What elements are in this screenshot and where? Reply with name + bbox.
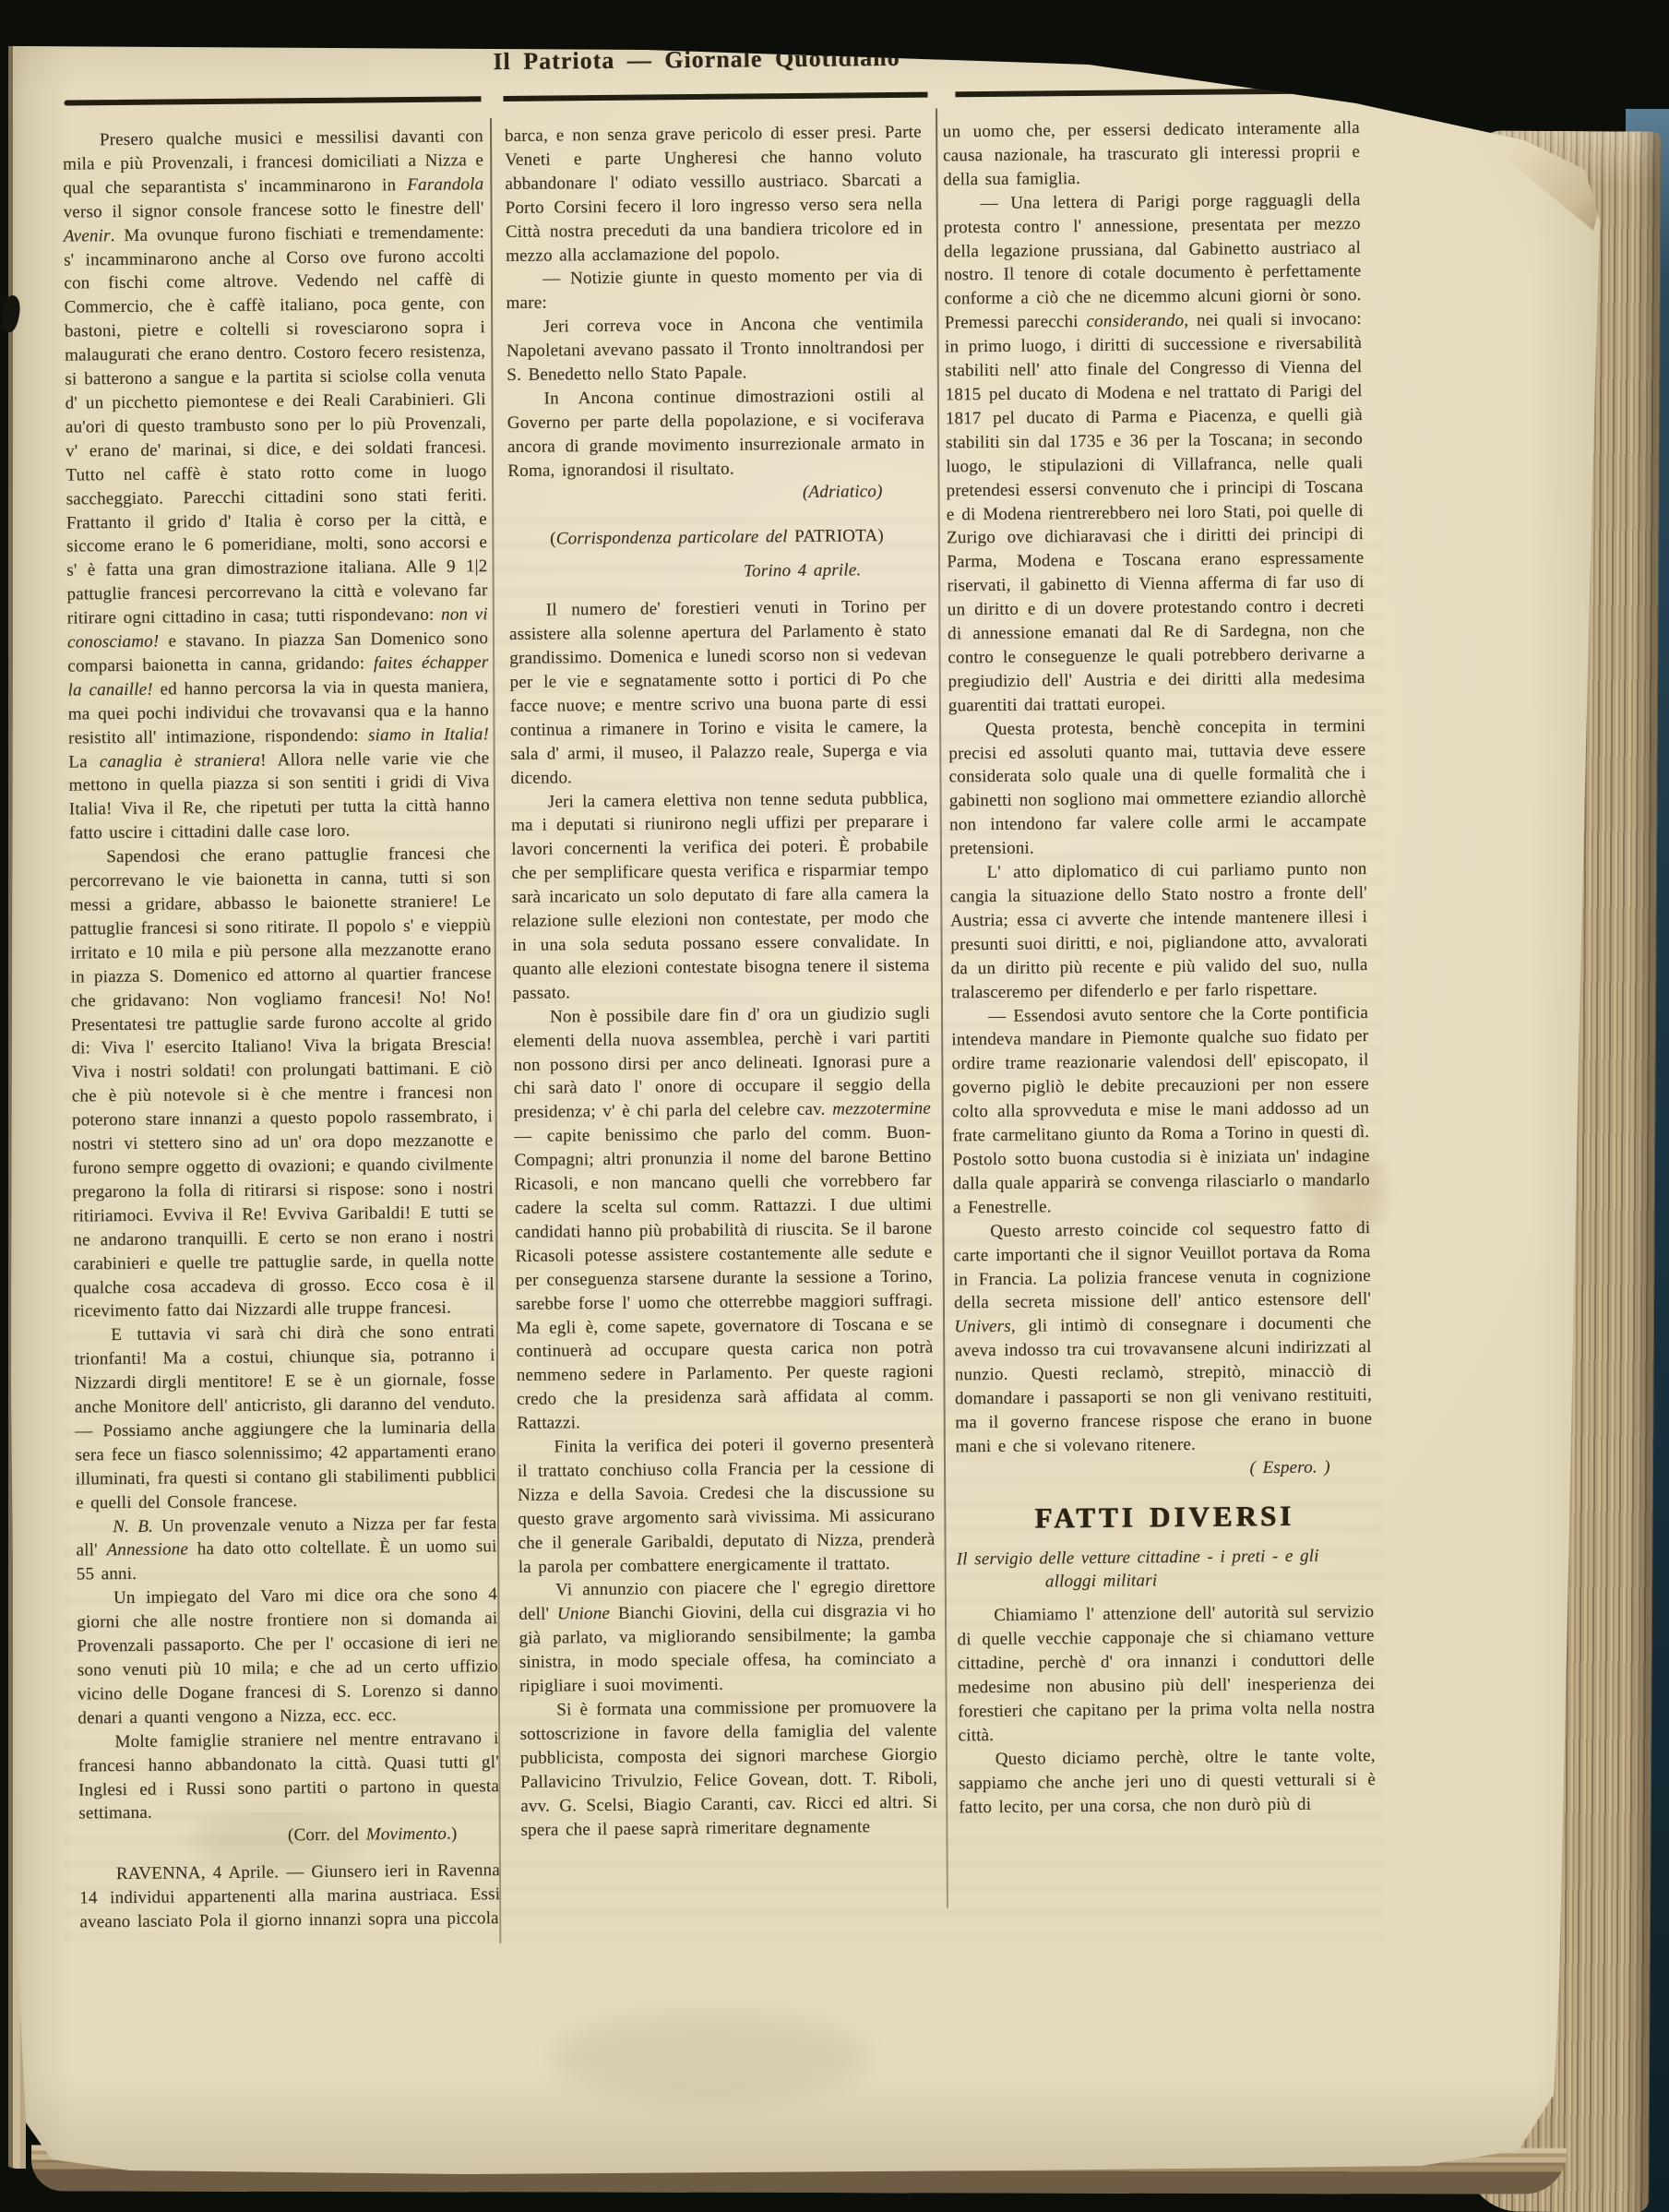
- paragraph: — Una lettera di Parigi porge ragguagli …: [943, 188, 1365, 718]
- masthead-rule: [64, 88, 1329, 105]
- paragraph: Non è possibile dare fin d' ora un giudi…: [513, 1001, 934, 1436]
- paragraph: — Essendosi avuto sentore che la Corte p…: [951, 1001, 1370, 1220]
- paragraph: E tuttavia vi sarà chi dirà che sono ent…: [74, 1320, 496, 1515]
- paragraph: — Notizie giunte in questo momento per v…: [506, 264, 923, 316]
- paragraph: Il numero de' forestieri venuti in Torin…: [509, 595, 928, 791]
- paragraph: Jeri correva voce in Ancona che ventimil…: [507, 312, 924, 388]
- paragraph: Jeri la camera elettiva non tenne seduta…: [511, 786, 930, 1005]
- paragraph: Un impiegato del Varo mi dice ora che so…: [77, 1583, 498, 1730]
- paragraph: Molte famiglie straniere nel mentre entr…: [77, 1727, 499, 1826]
- paragraph: Presero qualche musici e messilisi davan…: [63, 125, 490, 846]
- paragraph: Chiamiamo l' attenzione dell' autorità s…: [957, 1600, 1375, 1748]
- paper-stain: [1096, 41, 1124, 61]
- paragraph: un uomo che, per essersi dedicato intera…: [943, 116, 1361, 192]
- correspondence-heading: (Corrispondenza particolare del PATRIOTA…: [508, 523, 925, 551]
- paragraph: barca, e non senza grave pericolo di ess…: [505, 121, 923, 269]
- book-scan-scene: Il Patriota — Giornale Quotidiano Preser…: [0, 0, 1669, 2212]
- paragraph: Questo diciamo perchè, oltre le tante vo…: [959, 1744, 1377, 1820]
- paper-speck: [1421, 50, 1434, 66]
- printed-content: Il Patriota — Giornale Quotidiano Preser…: [0, 0, 1669, 2212]
- paragraph: N. B. Un provenzale venuto a Nizza per f…: [76, 1512, 497, 1587]
- paragraph: RAVENNA, 4 Aprile. — Giunsero ieri in Ra…: [79, 1859, 501, 1934]
- article-subheading: Il servigio delle vetture cittadine - i …: [957, 1544, 1374, 1596]
- source-credit: (Adriatico): [507, 479, 924, 507]
- newspaper-page: Il Patriota — Giornale Quotidiano Preser…: [0, 0, 1669, 2212]
- section-heading: FATTI DIVERSI: [956, 1503, 1373, 1531]
- correspondence-credit: (Corr. del Movimento.): [78, 1822, 499, 1849]
- column-3: un uomo che, per essersi dedicato intera…: [943, 116, 1377, 1820]
- dateline: Torino 4 aprile.: [508, 558, 925, 586]
- paragraph: Si è formata una commissione per promuov…: [519, 1695, 937, 1843]
- paragraph: In Ancona continue dimostrazioni ostili …: [507, 384, 925, 484]
- masthead-title: Il Patriota — Giornale Quotidiano: [64, 40, 1329, 79]
- column-1: Presero qualche musici e messilisi davan…: [63, 125, 501, 1934]
- paragraph: L' atto diplomatico di cui parliamo punt…: [949, 857, 1367, 1005]
- paragraph: Questo arresto coincide col sequestro fa…: [953, 1216, 1372, 1459]
- paragraph: Questa protesta, benchè concepita in ter…: [948, 714, 1366, 862]
- column-2: barca, e non senza grave pericolo di ess…: [505, 121, 938, 1843]
- paragraph: Finita la verifica dei poteri il governo…: [517, 1432, 935, 1580]
- paragraph: Sapendosi che erano pattuglie francesi c…: [69, 842, 495, 1323]
- paragraph: Vi annunzio con piacere che l' egregio d…: [519, 1575, 936, 1699]
- source-credit: ( Espero. ): [956, 1455, 1373, 1483]
